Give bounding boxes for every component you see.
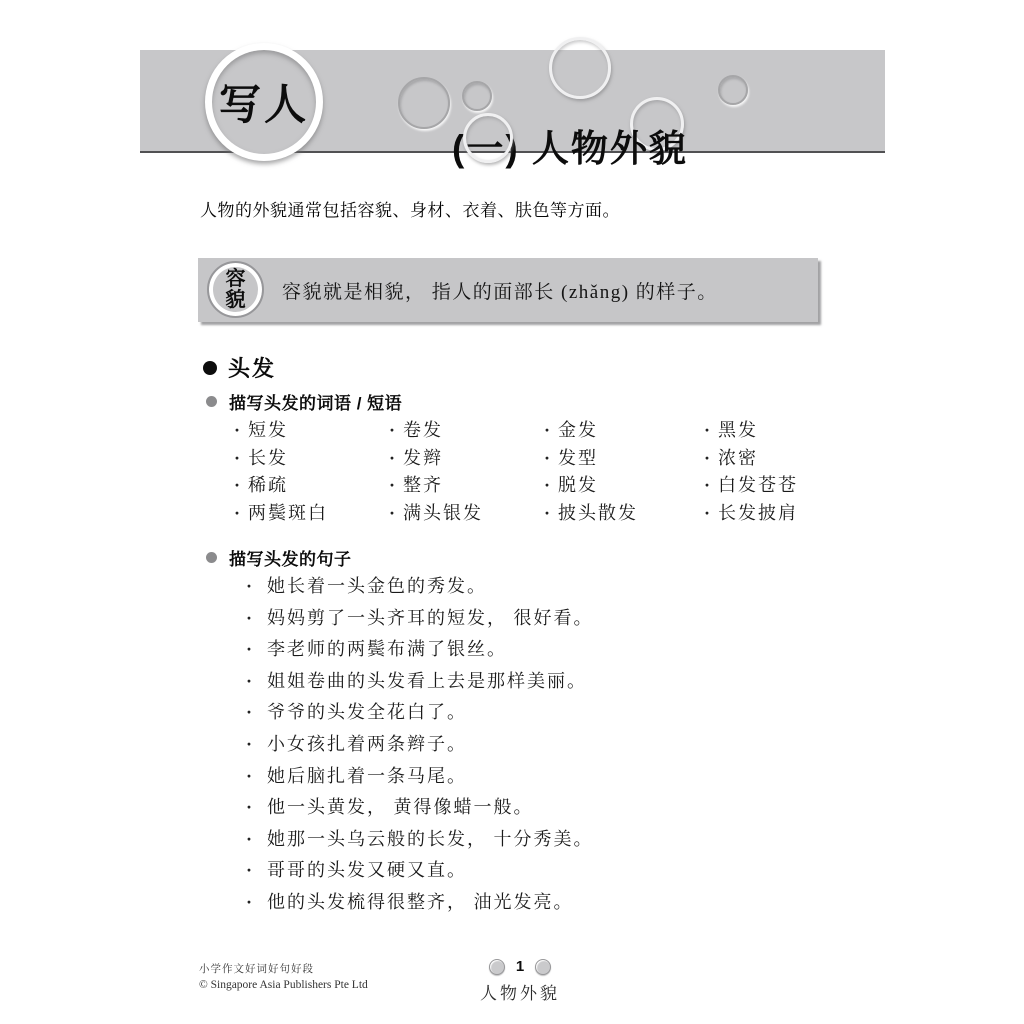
sentence-text: 妈妈剪了一头齐耳的短发， 很好看。 [267, 609, 594, 628]
category-label: 写人 [219, 72, 309, 132]
bullet-dot-icon: · [246, 609, 267, 628]
word-item: ·稀疏 [234, 476, 389, 495]
page-number-row: 1 [450, 958, 590, 975]
word-item: ·发型 [544, 449, 704, 468]
intro-text: 人物的外貌通常包括容貌、身材、衣着、肤色等方面。 [200, 196, 620, 221]
word-text: 卷发 [403, 420, 443, 440]
bullet-dot-icon: · [704, 421, 718, 440]
word-item: ·金发 [544, 421, 704, 440]
decorative-circle-icon [718, 75, 748, 105]
sentence-text: 他一头黄发， 黄得像蜡一般。 [267, 798, 534, 817]
bullet-dot-icon: · [246, 830, 267, 849]
bullet-dot-icon: · [246, 861, 267, 880]
bullet-dot-icon: · [246, 767, 267, 786]
word-item: ·卷发 [389, 421, 544, 440]
sentence-list: ·她长着一头金色的秀发。·妈妈剪了一头齐耳的短发， 很好看。·李老师的两鬓布满了… [246, 577, 886, 925]
bullet-dot-icon: · [389, 421, 403, 440]
word-item: ·浓密 [704, 449, 834, 468]
footer-copyright: © Singapore Asia Publishers Pte Ltd [199, 979, 368, 991]
sentence-item: ·她后脑扎着一条马尾。 [246, 767, 886, 786]
feature-badge: 容 貌 [207, 261, 264, 318]
word-text: 发型 [558, 448, 598, 468]
word-text: 披头散发 [558, 503, 638, 523]
word-text: 稀疏 [248, 475, 288, 495]
word-text: 脱发 [558, 475, 598, 495]
sentence-item: ·哥哥的头发又硬又直。 [246, 861, 886, 880]
word-item: ·短发 [234, 421, 389, 440]
bullet-dot-icon: · [246, 735, 267, 754]
sentence-text: 她那一头乌云般的长发， 十分秀美。 [267, 830, 594, 849]
page-number-bead-icon [489, 959, 505, 975]
bullet-dot-icon: · [234, 504, 248, 523]
page-number: 1 [516, 958, 524, 975]
sentence-item: ·爷爷的头发全花白了。 [246, 703, 886, 722]
header-banner: 写人 (一) 人物外貌 [140, 50, 885, 153]
sentence-item: ·她长着一头金色的秀发。 [246, 577, 886, 596]
word-text: 长发 [248, 448, 288, 468]
bullet-dot-icon: · [704, 476, 718, 495]
sentences-heading: 描写头发的句子 [206, 545, 352, 570]
footer-pagination: 1 人物外貌 [450, 958, 590, 1004]
word-item: ·两鬓斑白 [234, 504, 389, 523]
word-item: ·长发 [234, 449, 389, 468]
page-number-bead-icon [535, 959, 551, 975]
sentence-text: 哥哥的头发又硬又直。 [267, 861, 467, 880]
section-bullet-icon [203, 361, 217, 375]
word-item: ·整齐 [389, 476, 544, 495]
sub-bullet-icon [206, 552, 217, 563]
sentence-item: ·小女孩扎着两条辫子。 [246, 735, 886, 754]
sentence-item: ·他的头发梳得很整齐， 油光发亮。 [246, 893, 886, 912]
decorative-circle-icon [398, 77, 450, 129]
sentence-text: 小女孩扎着两条辫子。 [267, 735, 467, 754]
bullet-dot-icon: · [246, 577, 267, 596]
section-title: 头发 [228, 352, 276, 383]
word-text: 黑发 [718, 420, 758, 440]
bullet-dot-icon: · [246, 798, 267, 817]
sentence-item: ·他一头黄发， 黄得像蜡一般。 [246, 798, 886, 817]
word-text: 两鬓斑白 [248, 503, 328, 523]
word-item: ·脱发 [544, 476, 704, 495]
words-heading: 描写头发的词语 / 短语 [206, 389, 402, 414]
word-item: ·黑发 [704, 421, 834, 440]
decorative-circle-icon [463, 113, 513, 163]
bullet-dot-icon: · [544, 421, 558, 440]
bullet-dot-icon: · [704, 449, 718, 468]
word-text: 短发 [248, 420, 288, 440]
sentence-item: ·她那一头乌云般的长发， 十分秀美。 [246, 830, 886, 849]
bullet-dot-icon: · [246, 640, 267, 659]
word-text: 长发披肩 [718, 503, 798, 523]
word-text: 金发 [558, 420, 598, 440]
bullet-dot-icon: · [544, 504, 558, 523]
feature-badge-line1: 容 [226, 269, 246, 290]
bullet-dot-icon: · [234, 449, 248, 468]
sentence-text: 姐姐卷曲的头发看上去是那样美丽。 [267, 672, 587, 691]
sentence-item: ·姐姐卷曲的头发看上去是那样美丽。 [246, 672, 886, 691]
decorative-circle-icon [549, 37, 611, 99]
footer-section-name: 人物外貌 [450, 979, 590, 1004]
word-text: 发辫 [403, 448, 443, 468]
decorative-circle-icon [462, 81, 492, 111]
word-item: ·长发披肩 [704, 504, 834, 523]
bullet-dot-icon: · [544, 449, 558, 468]
word-item: ·满头银发 [389, 504, 544, 523]
bullet-dot-icon: · [234, 421, 248, 440]
bullet-dot-icon: · [389, 476, 403, 495]
bullet-dot-icon: · [246, 703, 267, 722]
word-item: ·白发苍苍 [704, 476, 834, 495]
sentence-text: 她后脑扎着一条马尾。 [267, 767, 467, 786]
footer-book-title: 小学作文好词好句好段 [199, 961, 368, 976]
sentence-text: 他的头发梳得很整齐， 油光发亮。 [267, 893, 574, 912]
bullet-dot-icon: · [544, 476, 558, 495]
sentence-item: ·李老师的两鬓布满了银丝。 [246, 640, 886, 659]
feature-badge-line2: 貌 [226, 290, 246, 311]
bullet-dot-icon: · [246, 893, 267, 912]
bullet-dot-icon: · [704, 504, 718, 523]
sentences-heading-label: 描写头发的句子 [229, 545, 352, 570]
sentence-text: 她长着一头金色的秀发。 [267, 577, 487, 596]
section-heading: 头发 [203, 352, 276, 383]
bullet-dot-icon: · [389, 449, 403, 468]
sentence-item: ·妈妈剪了一头齐耳的短发， 很好看。 [246, 609, 886, 628]
sentence-text: 爷爷的头发全花白了。 [267, 703, 467, 722]
word-text: 满头银发 [403, 503, 483, 523]
feature-definition: 容貌就是相貌， 指人的面部长 (zhǎng) 的样子。 [282, 258, 718, 322]
footer-imprint: 小学作文好词好句好段 © Singapore Asia Publishers P… [199, 961, 368, 991]
word-item: ·发辫 [389, 449, 544, 468]
feature-box: 容 貌 容貌就是相貌， 指人的面部长 (zhǎng) 的样子。 [198, 258, 818, 322]
bullet-dot-icon: · [389, 504, 403, 523]
word-item: ·披头散发 [544, 504, 704, 523]
bullet-dot-icon: · [246, 672, 267, 691]
word-text: 整齐 [403, 475, 443, 495]
textbook-page: 写人 (一) 人物外貌 人物的外貌通常包括容貌、身材、衣着、肤色等方面。 容 貌… [0, 0, 1024, 1024]
bullet-dot-icon: · [234, 476, 248, 495]
category-badge: 写人 [205, 43, 323, 161]
sentence-text: 李老师的两鬓布满了银丝。 [267, 640, 507, 659]
words-heading-label: 描写头发的词语 / 短语 [229, 389, 402, 414]
sub-bullet-icon [206, 396, 217, 407]
word-text: 浓密 [718, 448, 758, 468]
words-grid: ·短发·卷发·金发·黑发·长发·发辫·发型·浓密·稀疏·整齐·脱发·白发苍苍·两… [234, 421, 834, 522]
word-text: 白发苍苍 [718, 475, 798, 495]
